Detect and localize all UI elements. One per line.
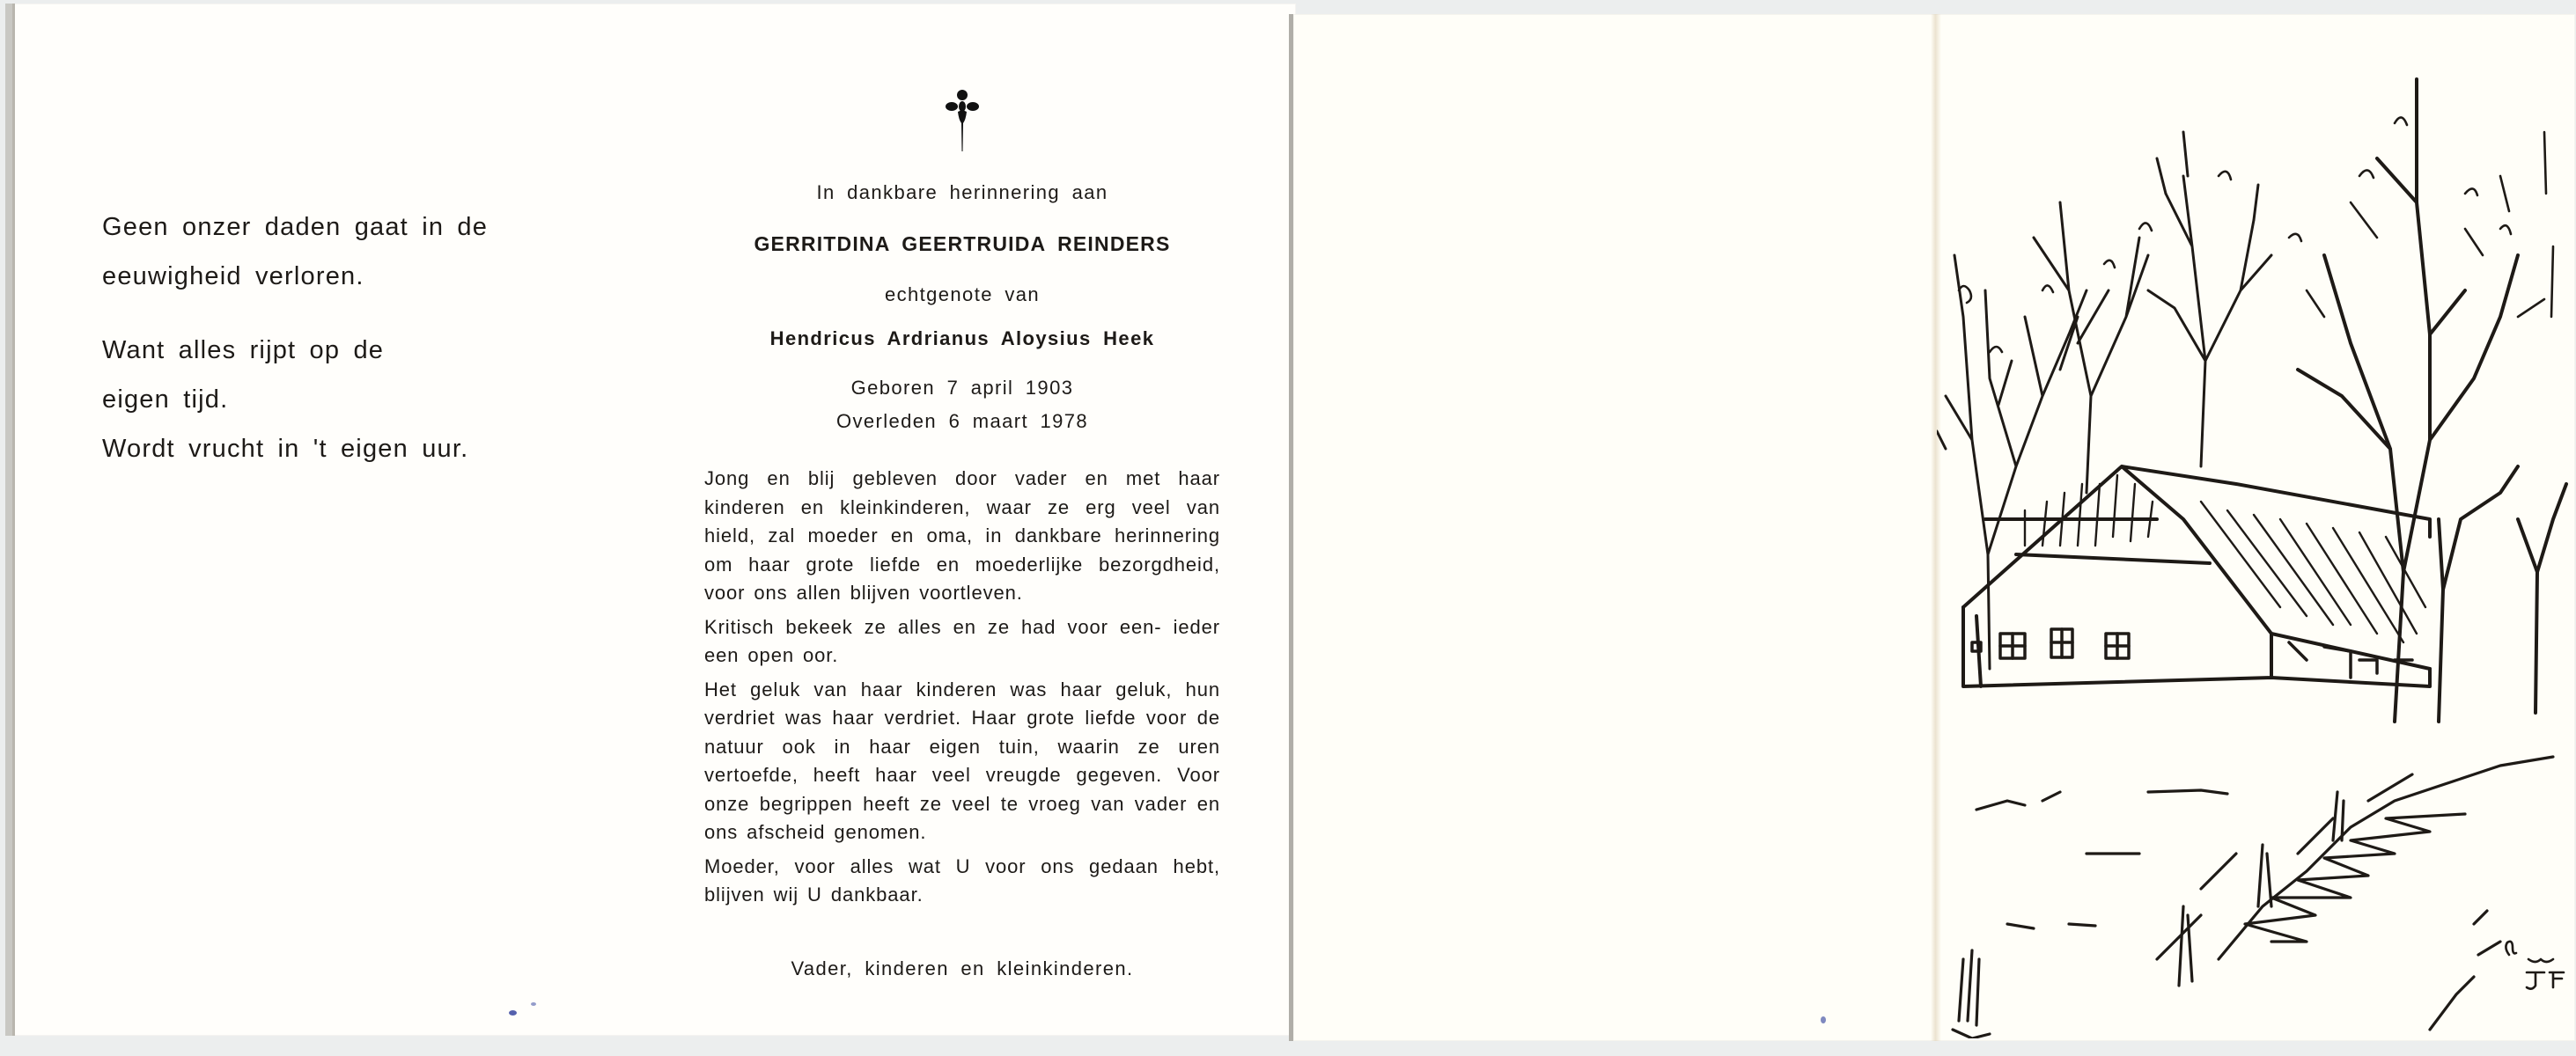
intro-line: In dankbare herinnering aan — [687, 181, 1238, 204]
deceased-name: GERRITDINA GEERTRUIDA REINDERS — [687, 232, 1238, 256]
relation-line: echtgenote van — [687, 283, 1238, 306]
card-edge — [12, 4, 15, 1036]
ink-speck — [1821, 1016, 1826, 1023]
memorial-paragraph: Het geluk van haar kinderen was haar gel… — [704, 676, 1220, 847]
birth-date: Geboren 7 april 1903 — [687, 377, 1238, 400]
memorial-paragraph: Kritisch bekeek ze alles en ze had voor … — [704, 613, 1220, 671]
artist-signature: J.F. — [1937, 26, 1959, 30]
stanza-gap — [102, 301, 488, 326]
death-date: Overleden 6 maart 1978 — [687, 410, 1238, 433]
poem-line: eigen tijd. — [102, 375, 488, 424]
poem-line: eeuwigheid verloren. — [102, 252, 488, 301]
memorial-paragraph: Moeder, voor alles wat U voor ons gedaan… — [704, 853, 1220, 910]
poem-line: Want alles rijpt op de — [102, 326, 488, 375]
ink-speck — [509, 1010, 517, 1016]
memorial-text: Jong en blij gebleven door vader en met … — [704, 465, 1220, 915]
cross-icon — [945, 88, 980, 151]
poem-line: Wordt vrucht in 't eigen uur. — [102, 424, 488, 473]
ink-speck — [531, 1002, 536, 1006]
signoff: Vader, kinderen en kleinkinderen. — [687, 957, 1238, 980]
poem-line: Geen onzer daden gaat in de — [102, 202, 488, 252]
farmhouse-drawing: J.F. — [1937, 26, 2571, 1038]
spouse-name: Hendricus Ardrianus Aloysius Heek — [687, 327, 1238, 350]
poem: Geen onzer daden gaat in de eeuwigheid v… — [102, 202, 488, 473]
memorial-paragraph: Jong en blij gebleven door vader en met … — [704, 465, 1220, 608]
